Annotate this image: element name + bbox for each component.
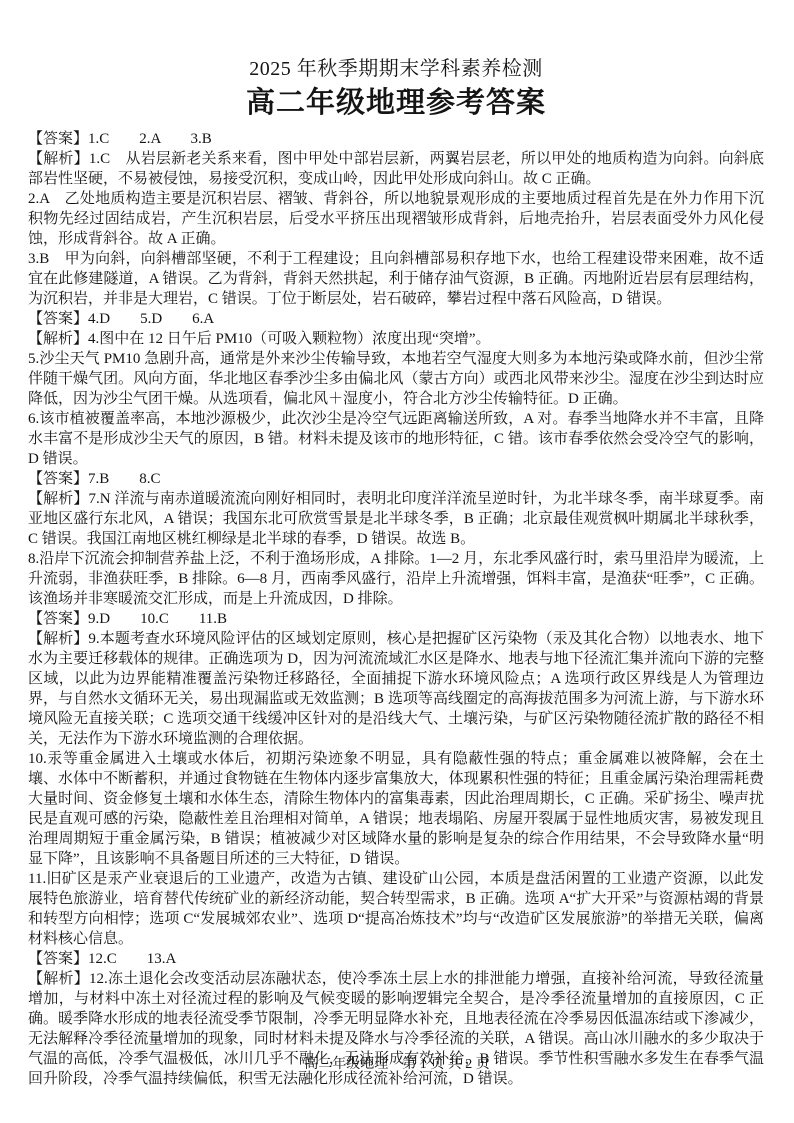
- analysis-q4: 【解析】4.图中在 12 日午后 PM10（可吸入颗粒物）浓度出现“突增”。: [28, 329, 764, 349]
- analysis-q11: 11.旧矿区是汞产业衰退后的工业遗产，改造为古镇、建设矿山公园，本质是盘活闲置的…: [28, 869, 764, 949]
- analysis-q7: 【解析】7.N 洋流与南赤道暖流流向刚好相同时，表明北印度洋洋流呈逆时针，为北半…: [28, 489, 764, 549]
- analysis-q10: 10.汞等重金属进入土壤或水体后，初期污染迹象不明显，具有隐蔽性强的特点；重金属…: [28, 749, 764, 869]
- analysis-q1: 【解析】1.C 从岩层新老关系来看，图中甲处中部岩层新，两翼岩层老，所以甲处的地…: [28, 149, 764, 189]
- analysis-q8: 8.沿岸下沉流会抑制营养盐上泛，不利于渔场形成，A 排除。1—2 月，东北季风盛…: [28, 549, 764, 609]
- analysis-q2: 2.A 乙处地质构造主要是沉积岩层、褶皱、背斜谷，所以地貌景观形成的主要地质过程…: [28, 189, 764, 249]
- answers-q1-3: 【答案】1.C 2.A 3.B: [28, 129, 764, 149]
- analysis-q5: 5.沙尘天气 PM10 急剧升高，通常是外来沙尘传输导致，本地若空气湿度大则多为…: [28, 349, 764, 409]
- analysis-q3: 3.B 甲为向斜，向斜槽部坚硬，不利于工程建设；且向斜槽部易积存地下水，也给工程…: [28, 249, 764, 309]
- answers-q4-6: 【答案】4.D 5.D 6.A: [28, 309, 764, 329]
- exam-title: 2025 年秋季期期末学科素养检测: [28, 56, 764, 83]
- answers-q9-11: 【答案】9.D 10.C 11.B: [28, 609, 764, 629]
- page-title: 高二年级地理参考答案: [28, 85, 764, 121]
- answers-q12-13: 【答案】12.C 13.A: [28, 949, 764, 969]
- answers-q7-8: 【答案】7.B 8.C: [28, 469, 764, 489]
- answer-key-body: 【答案】1.C 2.A 3.B 【解析】1.C 从岩层新老关系来看，图中甲处中部…: [28, 129, 764, 1089]
- analysis-q6: 6.该市植被覆盖率高，本地沙源极少，此次沙尘是冷空气远距离输送所致，A 对。春季…: [28, 409, 764, 469]
- page-footer: 高二年级地理 第 1 页 共 2 页: [0, 1053, 794, 1073]
- analysis-q9: 【解析】9.本题考查水环境风险评估的区域划定原则，核心是把握矿区污染物（汞及其化…: [28, 629, 764, 749]
- answer-key-page: 2025 年秋季期期末学科素养检测 高二年级地理参考答案 【答案】1.C 2.A…: [0, 0, 794, 1123]
